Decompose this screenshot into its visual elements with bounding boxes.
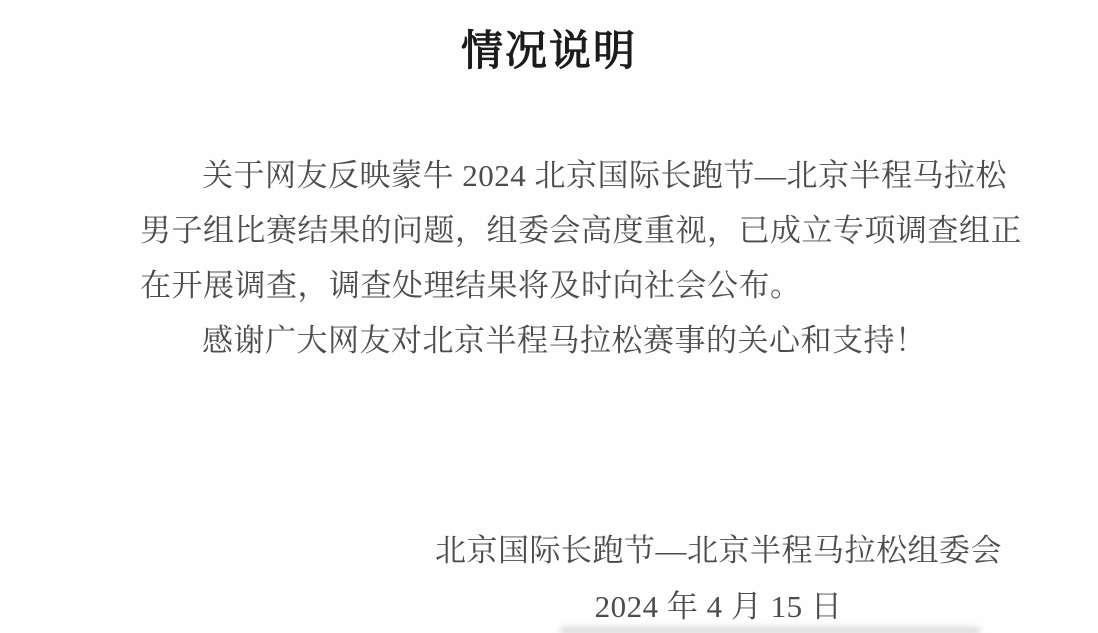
- body-line: 在开展调查，调查处理结果将及时向社会公布。: [140, 258, 1020, 313]
- page-title: 情况说明: [0, 0, 1098, 78]
- signature-block: 北京国际长跑节—北京半程马拉松组委会 2024 年 4 月 15 日: [435, 528, 1002, 630]
- signature-organization: 北京国际长跑节—北京半程马拉松组委会: [435, 528, 1002, 574]
- body-line: 男子组比赛结果的问题，组委会高度重视，已成立专项调查组正: [140, 203, 1020, 258]
- scan-artifact-smudge: [560, 627, 980, 633]
- signature-date: 2024 年 4 月 15 日: [435, 584, 1002, 630]
- document-page: 情况说明 关于网友反映蒙牛 2024 北京国际长跑节—北京半程马拉松 男子组比赛…: [0, 0, 1098, 633]
- body-line: 关于网友反映蒙牛 2024 北京国际长跑节—北京半程马拉松: [140, 148, 1020, 203]
- body-line: 感谢广大网友对北京半程马拉松赛事的关心和支持！: [140, 313, 1020, 368]
- document-body: 关于网友反映蒙牛 2024 北京国际长跑节—北京半程马拉松 男子组比赛结果的问题…: [140, 148, 1020, 368]
